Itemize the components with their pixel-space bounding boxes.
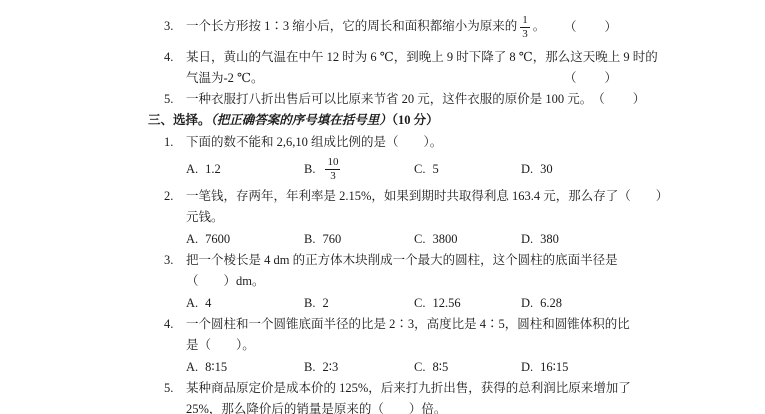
option-d: D.6.28 xyxy=(521,296,638,311)
option-a: A.1.2 xyxy=(186,162,304,177)
fraction-ten-thirds: 103 xyxy=(325,156,340,182)
fraction-numerator: 1 xyxy=(520,14,530,27)
fraction-denominator: 3 xyxy=(520,27,530,41)
option-label: B. xyxy=(304,232,315,247)
option-value: 760 xyxy=(322,232,341,247)
option-c: C.12.56 xyxy=(414,296,521,311)
option-label: A. xyxy=(186,232,198,247)
choice-question-2-options: A.7600 B.760 C.3800 D.380 xyxy=(186,228,638,250)
item-text-end: 。 xyxy=(533,19,546,33)
option-a: A.4 xyxy=(186,296,304,311)
option-label: A. xyxy=(186,296,198,311)
judgment-item-5: 5.一种衣服打八折出售后可以比原来节省 20 元，这件衣服的原价是 100 元。… xyxy=(148,89,638,110)
option-a: A.8∶15 xyxy=(186,359,304,375)
option-c: C.8∶5 xyxy=(414,359,521,375)
item-number: 4. xyxy=(164,47,186,68)
option-value: 3800 xyxy=(432,232,457,247)
section-score: （10 分） xyxy=(392,113,439,127)
option-label: C. xyxy=(414,162,425,177)
option-label: B. xyxy=(304,360,315,375)
question-text: 下面的数不能和 2,6,10 组成比例的是（ ）。 xyxy=(186,135,442,149)
item-text: 一个长方形按 1∶3 缩小后，它的周长和面积都缩小为原来的 xyxy=(186,19,517,33)
option-value: 8∶15 xyxy=(205,359,227,375)
option-b: B.2∶3 xyxy=(304,359,414,375)
question-number: 2. xyxy=(164,186,186,207)
choice-question-4-line1: 4.一个圆柱和一个圆锥底面半径的比是 2∶3，高度比是 4∶5，圆柱和圆锥体积的… xyxy=(148,314,638,335)
question-text: 一个圆柱和一个圆锥底面半径的比是 2∶3，高度比是 4∶5，圆柱和圆锥体积的比 xyxy=(186,317,630,331)
question-number: 1. xyxy=(164,132,186,153)
answer-bracket: （ ） xyxy=(564,68,618,89)
option-value: 6.28 xyxy=(540,296,562,311)
fraction-numerator: 10 xyxy=(325,156,340,169)
answer-bracket: （ ） xyxy=(564,17,618,38)
option-label: C. xyxy=(414,296,425,311)
question-text: （ ）dm。 xyxy=(186,274,264,288)
choice-question-1-options: A.1.2 B.103 C.5 D.30 xyxy=(186,153,638,186)
section-title: 三、选择。 xyxy=(148,113,211,127)
option-value: 2 xyxy=(322,296,328,311)
option-value: 8∶5 xyxy=(432,359,448,375)
question-text: 元钱。 xyxy=(186,210,224,224)
judgment-item-4-line2: 气温为-2 ℃。 （ ） xyxy=(148,68,638,89)
option-c: C.5 xyxy=(414,162,521,177)
item-number: 5. xyxy=(164,89,186,110)
question-number: 4. xyxy=(164,314,186,335)
question-text: 是（ ）。 xyxy=(186,338,255,352)
option-value: 12.56 xyxy=(432,296,460,311)
answer-bracket: （ ） xyxy=(592,89,646,110)
question-number: 5. xyxy=(164,378,186,399)
choice-question-3-line2: （ ）dm。 xyxy=(148,271,638,292)
choice-question-2-line1: 2.一笔钱，存两年，年利率是 2.15%，如果到期时共取得利息 163.4 元，… xyxy=(148,186,638,207)
option-label: D. xyxy=(521,232,533,247)
option-value: 380 xyxy=(540,232,559,247)
choice-question-5-line2: 25%，那么降价后的销量是原来的（ ）倍。 xyxy=(148,399,638,414)
option-d: D.30 xyxy=(521,162,638,177)
judgment-item-3-text: 3.一个长方形按 1∶3 缩小后，它的周长和面积都缩小为原来的13。 xyxy=(164,14,545,40)
option-label: D. xyxy=(521,162,533,177)
option-label: D. xyxy=(521,360,533,375)
fraction-one-third: 13 xyxy=(520,14,530,40)
test-paper-page: 3.一个长方形按 1∶3 缩小后，它的周长和面积都缩小为原来的13。 （ ） 4… xyxy=(0,0,638,414)
option-value: 7600 xyxy=(205,232,230,247)
option-label: B. xyxy=(304,162,315,177)
option-value: 30 xyxy=(540,162,553,177)
option-label: C. xyxy=(414,232,425,247)
option-value: 1.2 xyxy=(205,162,221,177)
option-label: A. xyxy=(186,360,198,375)
section-instructions: （把正确答案的序号填在括号里） xyxy=(211,113,392,127)
choice-question-4-options: A.8∶15 B.2∶3 C.8∶5 D.16∶15 xyxy=(186,356,638,378)
question-text: 把一个棱长是 4 dm 的正方体木块削成一个最大的圆柱，这个圆柱的底面半径是 xyxy=(186,253,618,267)
option-value: 4 xyxy=(205,296,211,311)
choice-question-5-line1: 5.某种商品原定价是成本价的 125%，后来打九折出售，获得的总利润比原来增加了 xyxy=(148,378,638,399)
section-3-header: 三、选择。（把正确答案的序号填在括号里）（10 分） xyxy=(148,110,638,132)
option-label: D. xyxy=(521,296,533,311)
option-label: C. xyxy=(414,360,425,375)
item-text: 某日，黄山的气温在中午 12 时为 6 ℃，到晚上 9 时下降了 8 ℃，那么这… xyxy=(186,50,658,64)
option-a: A.7600 xyxy=(186,232,304,247)
fraction-denominator: 3 xyxy=(325,169,340,183)
judgment-item-3: 3.一个长方形按 1∶3 缩小后，它的周长和面积都缩小为原来的13。 （ ） xyxy=(148,7,638,47)
option-value: 5 xyxy=(432,162,438,177)
question-number: 3. xyxy=(164,250,186,271)
option-value: 2∶3 xyxy=(322,359,338,375)
option-b: B.760 xyxy=(304,232,414,247)
option-d: D.16∶15 xyxy=(521,359,638,375)
item-text: 一种衣服打八折出售后可以比原来节省 20 元，这件衣服的原价是 100 元。 xyxy=(186,92,592,106)
judgment-item-5-text: 5.一种衣服打八折出售后可以比原来节省 20 元，这件衣服的原价是 100 元。 xyxy=(164,89,592,110)
choice-question-2-line2: 元钱。 xyxy=(148,207,638,228)
option-value: 16∶15 xyxy=(540,359,568,375)
choice-question-1: 1.下面的数不能和 2,6,10 组成比例的是（ ）。 xyxy=(148,132,638,153)
choice-question-4-line2: 是（ ）。 xyxy=(148,335,638,356)
question-text: 25%，那么降价后的销量是原来的（ ）倍。 xyxy=(186,402,446,414)
choice-question-3-options: A.4 B.2 C.12.56 D.6.28 xyxy=(186,292,638,314)
item-text: 气温为-2 ℃。 xyxy=(186,68,264,89)
option-b: B.2 xyxy=(304,296,414,311)
option-b: B.103 xyxy=(304,156,414,182)
question-text: 某种商品原定价是成本价的 125%，后来打九折出售，获得的总利润比原来增加了 xyxy=(186,381,631,395)
option-label: B. xyxy=(304,296,315,311)
option-c: C.3800 xyxy=(414,232,521,247)
item-number: 3. xyxy=(164,16,186,37)
choice-question-3-line1: 3.把一个棱长是 4 dm 的正方体木块削成一个最大的圆柱，这个圆柱的底面半径是 xyxy=(148,250,638,271)
question-text: 一笔钱，存两年，年利率是 2.15%，如果到期时共取得利息 163.4 元，那么… xyxy=(186,189,668,203)
option-label: A. xyxy=(186,162,198,177)
option-d: D.380 xyxy=(521,232,638,247)
judgment-item-4-line1: 4.某日，黄山的气温在中午 12 时为 6 ℃，到晚上 9 时下降了 8 ℃，那… xyxy=(148,47,638,68)
